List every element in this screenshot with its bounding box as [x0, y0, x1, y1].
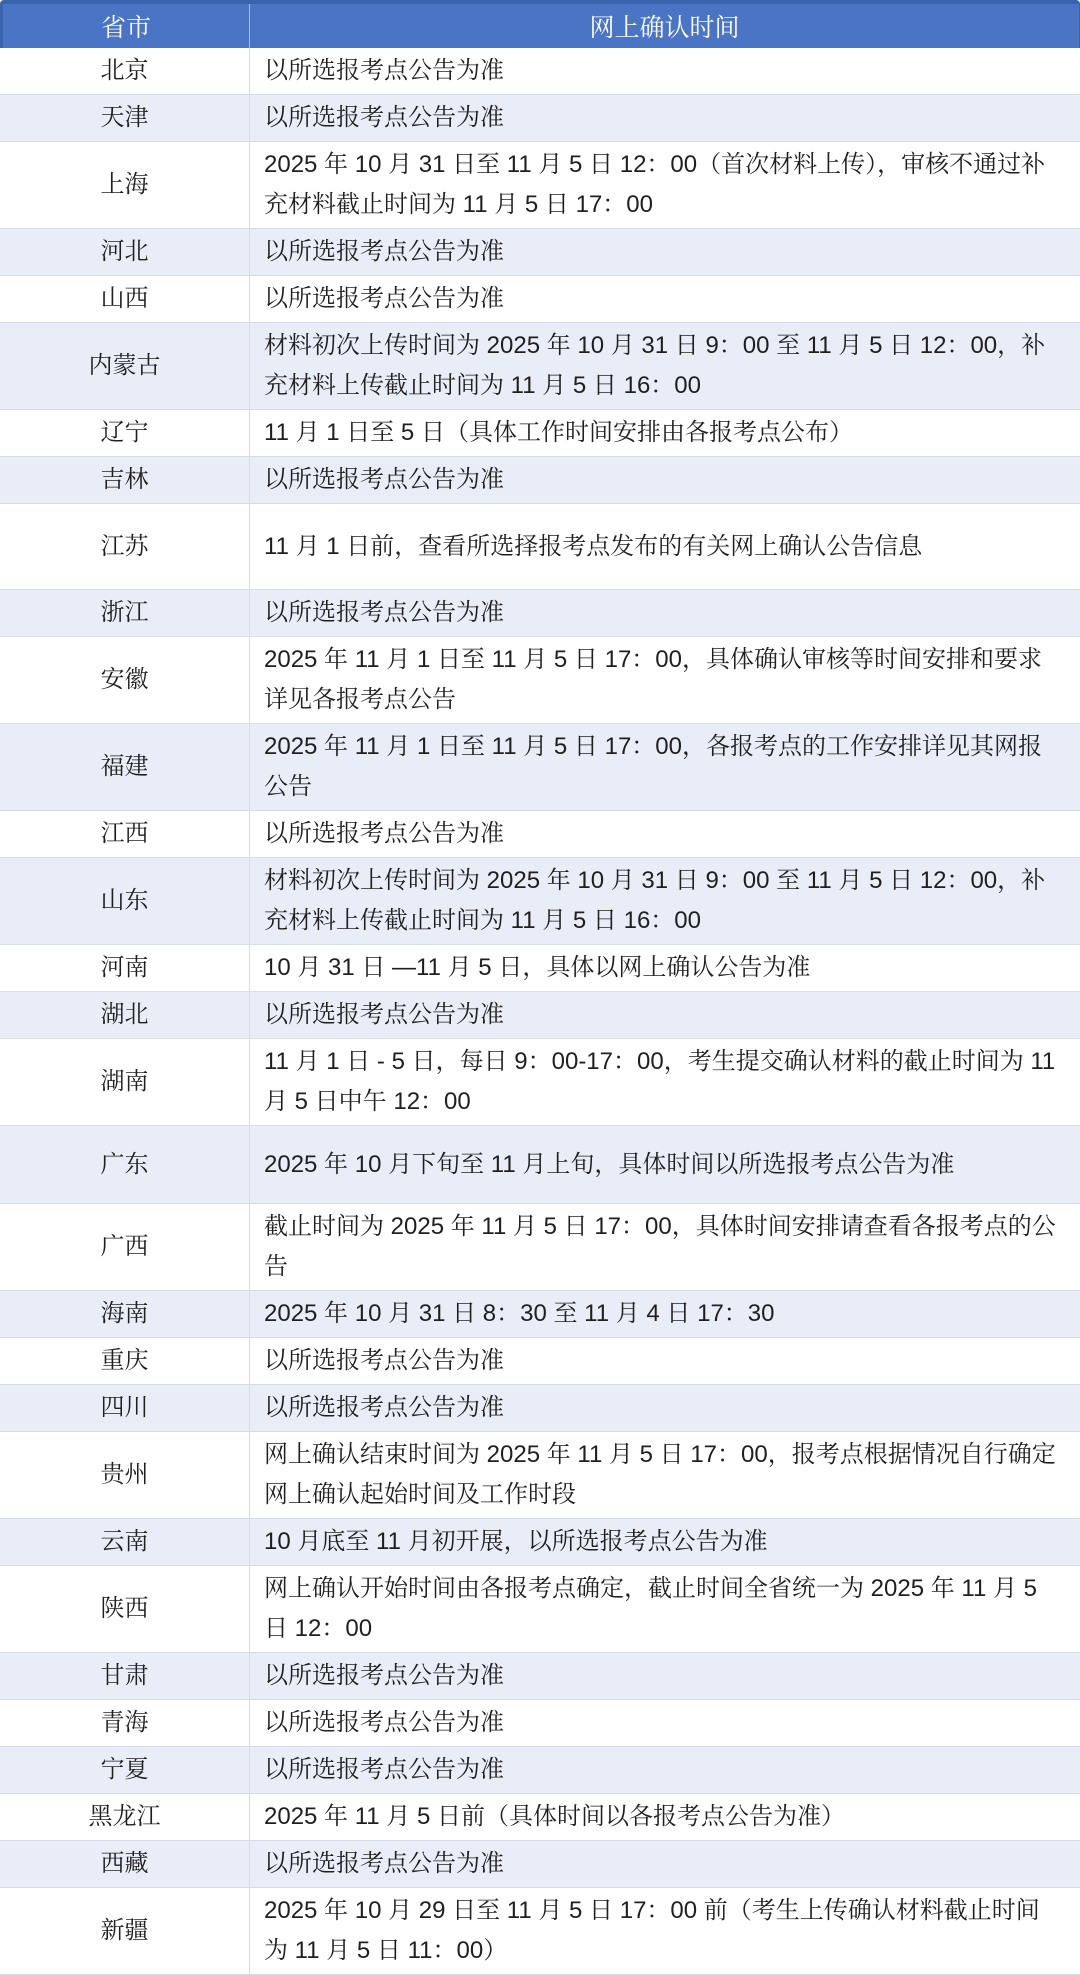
table-row: 吉林以所选报考点公告为准 [0, 457, 1080, 504]
confirm-time-cell: 2025 年 10 月 31 日 8：30 至 11 月 4 日 17：30 [250, 1291, 1080, 1337]
table-row: 西藏以所选报考点公告为准 [0, 1841, 1080, 1888]
confirm-time-cell: 以所选报考点公告为准 [250, 48, 1080, 94]
table-row: 山西以所选报考点公告为准 [0, 276, 1080, 323]
province-cell: 内蒙古 [0, 323, 250, 409]
province-cell: 海南 [0, 1291, 250, 1337]
table-row: 天津以所选报考点公告为准 [0, 95, 1080, 142]
confirm-time-cell: 以所选报考点公告为准 [250, 276, 1080, 322]
table-row: 河南10 月 31 日 —11 月 5 日，具体以网上确认公告为准 [0, 945, 1080, 992]
confirm-time-cell: 以所选报考点公告为准 [250, 1700, 1080, 1746]
confirm-time-cell: 10 月 31 日 —11 月 5 日，具体以网上确认公告为准 [250, 945, 1080, 991]
confirm-time-cell: 2025 年 11 月 1 日至 11 月 5 日 17：00，各报考点的工作安… [250, 724, 1080, 810]
province-cell: 湖北 [0, 992, 250, 1038]
table-row: 重庆以所选报考点公告为准 [0, 1338, 1080, 1385]
confirm-time-cell: 2025 年 11 月 5 日前（具体时间以各报考点公告为准） [250, 1794, 1080, 1840]
province-cell: 江西 [0, 811, 250, 857]
table-row: 江苏11 月 1 日前，查看所选择报考点发布的有关网上确认公告信息 [0, 504, 1080, 590]
header-cell-confirm-time: 网上确认时间 [250, 4, 1079, 48]
province-cell: 上海 [0, 142, 250, 228]
confirm-time-cell: 截止时间为 2025 年 11 月 5 日 17：00，具体时间安排请查看各报考… [250, 1204, 1080, 1290]
province-cell: 北京 [0, 48, 250, 94]
confirm-time-cell: 网上确认开始时间由各报考点确定，截止时间全省统一为 2025 年 11 月 5 … [250, 1566, 1080, 1652]
confirm-time-cell: 以所选报考点公告为准 [250, 1385, 1080, 1431]
confirm-time-cell: 11 月 1 日 - 5 日，每日 9：00-17：00，考生提交确认材料的截止… [250, 1039, 1080, 1125]
table-row: 山东材料初次上传时间为 2025 年 10 月 31 日 9：00 至 11 月… [0, 858, 1080, 945]
confirm-time-cell: 以所选报考点公告为准 [250, 811, 1080, 857]
province-cell: 甘肃 [0, 1653, 250, 1699]
province-cell: 贵州 [0, 1432, 250, 1518]
confirmation-time-table: 省市 网上确认时间 北京以所选报考点公告为准天津以所选报考点公告为准上海2025… [0, 0, 1080, 1975]
confirm-time-cell: 2025 年 10 月 31 日至 11 月 5 日 12：00（首次材料上传）… [250, 142, 1080, 228]
table-row: 黑龙江2025 年 11 月 5 日前（具体时间以各报考点公告为准） [0, 1794, 1080, 1841]
province-cell: 四川 [0, 1385, 250, 1431]
confirm-time-cell: 以所选报考点公告为准 [250, 1653, 1080, 1699]
province-cell: 青海 [0, 1700, 250, 1746]
province-cell: 广西 [0, 1204, 250, 1290]
confirm-time-cell: 以所选报考点公告为准 [250, 95, 1080, 141]
table-row: 甘肃以所选报考点公告为准 [0, 1653, 1080, 1700]
table-row: 辽宁11 月 1 日至 5 日（具体工作时间安排由各报考点公布） [0, 410, 1080, 457]
province-cell: 河北 [0, 229, 250, 275]
table-row: 宁夏以所选报考点公告为准 [0, 1747, 1080, 1794]
confirm-time-cell: 10 月底至 11 月初开展，以所选报考点公告为准 [250, 1519, 1080, 1565]
province-cell: 河南 [0, 945, 250, 991]
table-header-row: 省市 网上确认时间 [0, 0, 1080, 48]
table-row: 内蒙古材料初次上传时间为 2025 年 10 月 31 日 9：00 至 11 … [0, 323, 1080, 410]
table-row: 浙江以所选报考点公告为准 [0, 590, 1080, 637]
province-cell: 黑龙江 [0, 1794, 250, 1840]
confirm-time-cell: 2025 年 10 月 29 日至 11 月 5 日 17：00 前（考生上传确… [250, 1888, 1080, 1974]
table-body: 北京以所选报考点公告为准天津以所选报考点公告为准上海2025 年 10 月 31… [0, 48, 1080, 1975]
province-cell: 广东 [0, 1126, 250, 1203]
confirm-time-cell: 2025 年 11 月 1 日至 11 月 5 日 17：00，具体确认审核等时… [250, 637, 1080, 723]
confirm-time-cell: 以所选报考点公告为准 [250, 590, 1080, 636]
province-cell: 新疆 [0, 1888, 250, 1974]
table-row: 云南10 月底至 11 月初开展，以所选报考点公告为准 [0, 1519, 1080, 1566]
table-row: 四川以所选报考点公告为准 [0, 1385, 1080, 1432]
province-cell: 吉林 [0, 457, 250, 503]
confirm-time-cell: 材料初次上传时间为 2025 年 10 月 31 日 9：00 至 11 月 5… [250, 858, 1080, 944]
confirm-time-cell: 以所选报考点公告为准 [250, 992, 1080, 1038]
province-cell: 安徽 [0, 637, 250, 723]
province-cell: 宁夏 [0, 1747, 250, 1793]
province-cell: 重庆 [0, 1338, 250, 1384]
table-row: 新疆2025 年 10 月 29 日至 11 月 5 日 17：00 前（考生上… [0, 1888, 1080, 1975]
header-cell-province: 省市 [3, 4, 250, 48]
table-row: 贵州网上确认结束时间为 2025 年 11 月 5 日 17：00，报考点根据情… [0, 1432, 1080, 1519]
province-cell: 山西 [0, 276, 250, 322]
table-row: 海南2025 年 10 月 31 日 8：30 至 11 月 4 日 17：30 [0, 1291, 1080, 1338]
confirm-time-cell: 网上确认结束时间为 2025 年 11 月 5 日 17：00，报考点根据情况自… [250, 1432, 1080, 1518]
table-row: 上海2025 年 10 月 31 日至 11 月 5 日 12：00（首次材料上… [0, 142, 1080, 229]
table-row: 广西截止时间为 2025 年 11 月 5 日 17：00，具体时间安排请查看各… [0, 1204, 1080, 1291]
table-row: 青海以所选报考点公告为准 [0, 1700, 1080, 1747]
confirm-time-cell: 以所选报考点公告为准 [250, 1841, 1080, 1887]
table-row: 福建2025 年 11 月 1 日至 11 月 5 日 17：00，各报考点的工… [0, 724, 1080, 811]
province-cell: 辽宁 [0, 410, 250, 456]
province-cell: 福建 [0, 724, 250, 810]
province-cell: 江苏 [0, 504, 250, 589]
confirm-time-cell: 11 月 1 日至 5 日（具体工作时间安排由各报考点公布） [250, 410, 1080, 456]
table-row: 河北以所选报考点公告为准 [0, 229, 1080, 276]
confirm-time-cell: 2025 年 10 月下旬至 11 月上旬，具体时间以所选报考点公告为准 [250, 1126, 1080, 1203]
province-cell: 山东 [0, 858, 250, 944]
table-row: 湖南11 月 1 日 - 5 日，每日 9：00-17：00，考生提交确认材料的… [0, 1039, 1080, 1126]
province-cell: 湖南 [0, 1039, 250, 1125]
confirm-time-cell: 以所选报考点公告为准 [250, 1747, 1080, 1793]
table-row: 广东2025 年 10 月下旬至 11 月上旬，具体时间以所选报考点公告为准 [0, 1126, 1080, 1204]
confirm-time-cell: 材料初次上传时间为 2025 年 10 月 31 日 9：00 至 11 月 5… [250, 323, 1080, 409]
province-cell: 陕西 [0, 1566, 250, 1652]
table-row: 陕西网上确认开始时间由各报考点确定，截止时间全省统一为 2025 年 11 月 … [0, 1566, 1080, 1653]
confirm-time-cell: 以所选报考点公告为准 [250, 1338, 1080, 1384]
table-row: 安徽2025 年 11 月 1 日至 11 月 5 日 17：00，具体确认审核… [0, 637, 1080, 724]
table-row: 北京以所选报考点公告为准 [0, 48, 1080, 95]
table-row: 江西以所选报考点公告为准 [0, 811, 1080, 858]
province-cell: 浙江 [0, 590, 250, 636]
province-cell: 西藏 [0, 1841, 250, 1887]
province-cell: 云南 [0, 1519, 250, 1565]
confirm-time-cell: 以所选报考点公告为准 [250, 229, 1080, 275]
province-cell: 天津 [0, 95, 250, 141]
confirm-time-cell: 11 月 1 日前，查看所选择报考点发布的有关网上确认公告信息 [250, 504, 1080, 589]
confirm-time-cell: 以所选报考点公告为准 [250, 457, 1080, 503]
table-row: 湖北以所选报考点公告为准 [0, 992, 1080, 1039]
